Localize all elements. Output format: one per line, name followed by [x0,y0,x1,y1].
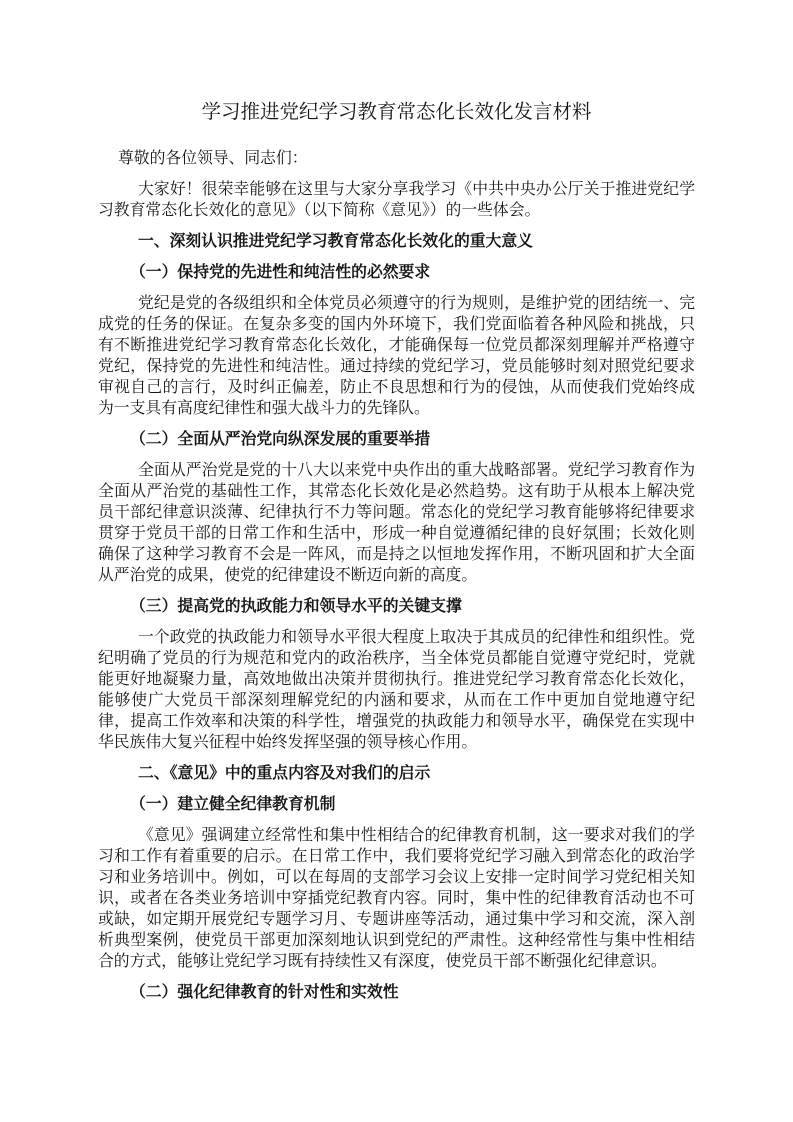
section-1-subsection-3-heading: （三）提高党的执政能力和领导水平的关键支撑 [98,596,695,617]
document-title: 学习推进党纪学习教育常态化长效化发言材料 [98,100,695,126]
greeting-line: 尊敬的各位领导、同志们： [98,148,695,169]
section-2-heading: 二、《意见》中的重点内容及对我们的启示 [98,763,695,784]
section-2-subsection-2-heading: （二）强化纪律教育的针对性和实效性 [98,982,695,1003]
intro-paragraph: 大家好！很荣幸能够在这里与大家分享我学习《中共中央办公厅关于推进党纪学习教育常态… [98,179,695,221]
section-1-subsection-2-heading: （二）全面从严治党向纵深发展的重要举措 [98,429,695,450]
document-page: 学习推进党纪学习教育常态化长效化发言材料 尊敬的各位领导、同志们： 大家好！很荣… [0,0,793,1122]
section-2-subsection-1-body: 《意见》强调建立经常性和集中性相结合的纪律教育机制，这一要求对我们的学习和工作有… [98,825,695,972]
section-1-subsection-1-body: 党纪是党的各级组织和全体党员必须遵守的行为规则，是维护党的团结统一、完成党的任务… [98,293,695,419]
section-1-heading: 一、深刻认识推进党纪学习教育常态化长效化的重大意义 [98,231,695,252]
section-1-subsection-1-heading: （一）保持党的先进性和纯洁性的必然要求 [98,262,695,283]
section-2-subsection-1-heading: （一）建立健全纪律教育机制 [98,794,695,815]
section-1-subsection-2-body: 全面从严治党是党的十八大以来党中央作出的重大战略部署。党纪学习教育作为全面从严治… [98,460,695,586]
section-1-subsection-3-body: 一个政党的执政能力和领导水平很大程度上取决于其成员的纪律性和组织性。党纪明确了党… [98,627,695,753]
